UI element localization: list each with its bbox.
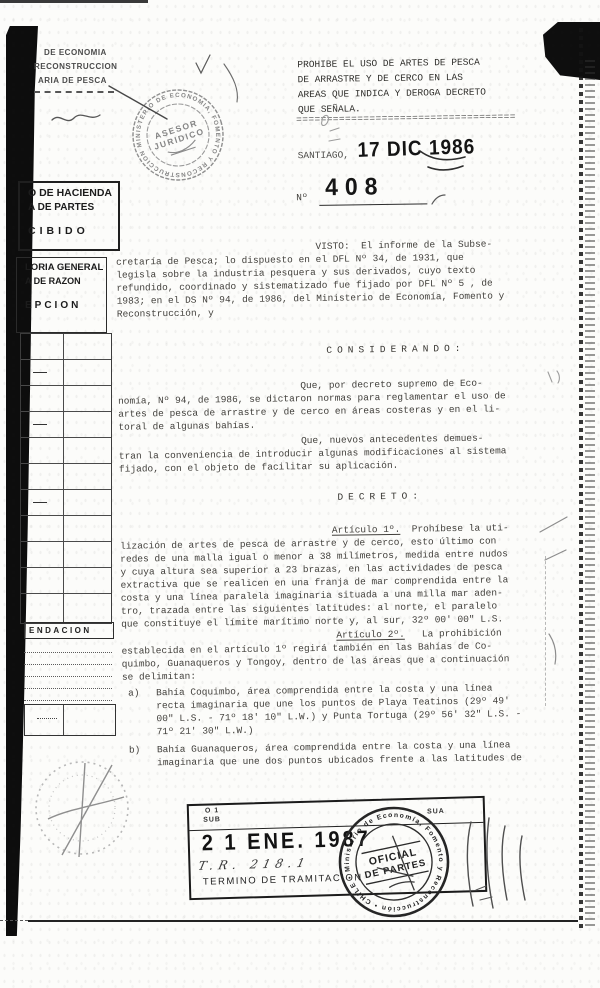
stamp-line: CIBIDO: [28, 225, 89, 237]
considerando-heading: CONSIDERANDO:: [326, 342, 465, 357]
scan-artifact-right-band: [579, 28, 583, 930]
item-a: a) Bahía Coquimbo, área comprendida entr…: [128, 681, 522, 738]
article-1-label: Artículo 1º.: [332, 524, 401, 536]
summary-note: PROHIBE EL USO DE ARTES DE PESCA DE ARRA…: [297, 55, 486, 118]
oficial-de-partes-stamp: Ministerio de Economía, Fomento y Recons…: [323, 791, 465, 933]
item-b-label: b): [129, 743, 141, 756]
city-label: SANTIAGO,: [298, 148, 349, 162]
letterhead-underline: [34, 91, 114, 93]
article-1-body: lización de artes de pesca de arrastre y…: [120, 534, 509, 630]
stamp-line: EPCION: [25, 300, 81, 311]
article-1-first-text: Prohíbese la uti-: [400, 522, 508, 535]
number-label: Nº: [296, 191, 308, 204]
item-a-label: a): [128, 686, 140, 699]
refrendacion-stamp: ENDACION: [24, 622, 114, 639]
bottom-rule: [28, 920, 578, 922]
bottom-rule-dash: [0, 920, 28, 921]
stamp-line: A DE PARTES: [28, 202, 94, 213]
handwritten-tr-number: T.R. 218.1: [197, 856, 311, 873]
scanned-decree-page: DE ECONOMIA RECONSTRUCCION ARIA DE PESCA…: [0, 0, 600, 988]
article-2-label: Artículo 2º.: [336, 629, 405, 641]
item-a-text: Bahía Coquimbo, área comprendida entre l…: [156, 681, 522, 738]
stamp-line: ENDACION: [29, 626, 92, 635]
dotted-form-lines: [24, 641, 112, 701]
contraloria-stamp: LORIA GENERAL A DE RAZON EPCION: [16, 257, 107, 333]
stamp-line: O DE HACIENDA: [28, 187, 112, 199]
separator-line: ====================================: [296, 110, 516, 126]
date-stamp: 17 DIC 1986: [357, 136, 475, 164]
routing-grid-stamp: [20, 333, 112, 624]
stamp-fragment: SUB: [203, 816, 221, 823]
decree-number: 408: [325, 172, 385, 201]
considerando-paragraph-1: Que, por decreto supremo de Eco- nomía, …: [118, 376, 506, 433]
visto-paragraph: VISTO: El informe de la Subse- cretaría …: [116, 237, 505, 320]
small-form-box: [24, 704, 116, 736]
article-2-body: establecida en el artículo 1º regirá tam…: [121, 639, 509, 683]
item-b-text: Bahía Guanaqueros, área comprendida entr…: [157, 738, 522, 769]
stamp-line: LORIA GENERAL: [25, 262, 103, 273]
number-underline: [319, 203, 427, 206]
hacienda-recibido-stamp: O DE HACIENDA A DE PARTES CIBIDO: [18, 181, 120, 251]
article-2-first-text: La prohibición: [405, 627, 502, 639]
stamp-line: A DE RAZON: [25, 276, 81, 286]
considerando-paragraph-2: Que, nuevos antecedentes demues- tran la…: [119, 431, 507, 475]
stamp-fragment: O 1: [205, 807, 219, 814]
decreto-heading: DECRETO:: [337, 489, 423, 503]
item-b: b) Bahía Guanaqueros, área comprendida e…: [129, 738, 522, 769]
scan-artifact-right-band-2: [585, 60, 595, 930]
